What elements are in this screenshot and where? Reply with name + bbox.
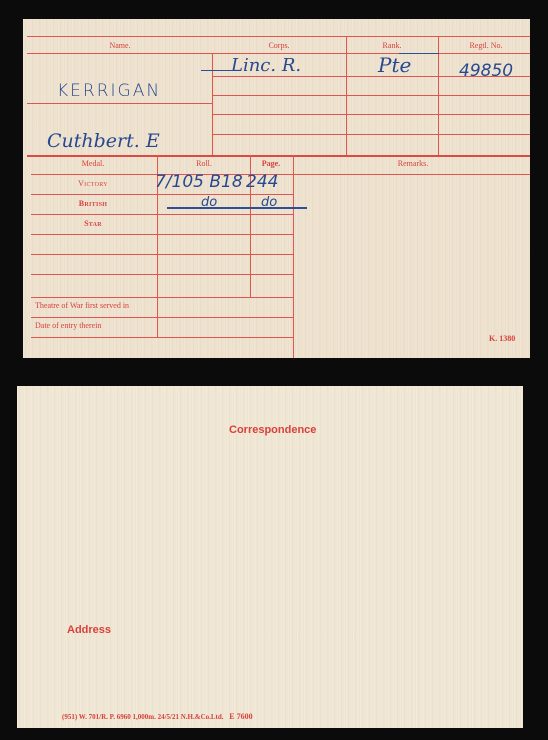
medal-header: Medal. [82, 159, 104, 169]
grid-line [31, 337, 293, 338]
grid-line [212, 95, 530, 96]
form-code: K. 1380 [489, 334, 515, 344]
victory-roll-entry: 7/105 B18 [155, 172, 243, 192]
british-roll-entry: do [201, 195, 217, 210]
corps-entry: Linc. R. [231, 55, 301, 76]
rank-header: Rank. [383, 41, 402, 51]
imprint-text: (951) W. 701/R. P. 6960 1,000m. 24/5/21 … [62, 713, 224, 721]
grid-line [31, 194, 293, 195]
grid-line [27, 103, 212, 104]
date-of-entry-label: Date of entry therein [35, 321, 101, 331]
british-ditto-line [167, 207, 307, 209]
corps-header: Corps. [268, 41, 289, 51]
british-page-entry: do [261, 195, 277, 210]
medal-british-label: British [79, 199, 107, 209]
victory-page-entry: 244 [246, 172, 278, 192]
medal-victory-label: Victory [78, 179, 108, 189]
section-divider [27, 155, 530, 157]
grid-line [31, 317, 157, 318]
grid-line [293, 174, 530, 175]
grid-line [27, 36, 530, 37]
theatre-of-war-label: Theatre of War first served in [35, 301, 129, 311]
grid-line [293, 155, 294, 358]
grid-line [27, 53, 530, 54]
forenames-entry: Cuthbert. E [47, 130, 160, 152]
grid-line [31, 254, 293, 255]
grid-line [157, 317, 293, 318]
grid-line [31, 274, 293, 275]
medal-index-card-front: Name. Corps. Rank. Regtl. No. Medal. Rol… [23, 19, 530, 358]
grid-line [31, 214, 293, 215]
medal-index-card-back: Correspondence Address (951) W. 701/R. P… [17, 386, 523, 728]
medal-star-label: Star [84, 219, 102, 229]
address-label: Address [67, 624, 111, 636]
correspondence-label: Correspondence [229, 424, 316, 436]
grid-line [212, 114, 530, 115]
name-header: Name. [109, 41, 130, 51]
rank-flourish [399, 53, 439, 54]
regtl-no-entry: 49850 [459, 61, 513, 81]
imprint-code: E 7600 [229, 712, 252, 721]
corps-flourish [201, 70, 235, 71]
grid-line [212, 53, 213, 155]
roll-header: Roll. [196, 159, 212, 169]
grid-line [31, 297, 293, 298]
grid-line [31, 234, 293, 235]
surname-entry: KERRIGAN [57, 81, 161, 101]
printer-imprint: (951) W. 701/R. P. 6960 1,000m. 24/5/21 … [62, 712, 253, 721]
regtl-no-header: Regtl. No. [469, 41, 502, 51]
grid-line [212, 134, 530, 135]
rank-entry: Pte [378, 53, 411, 77]
remarks-header: Remarks. [398, 159, 428, 169]
page-header: Page. [262, 159, 280, 169]
